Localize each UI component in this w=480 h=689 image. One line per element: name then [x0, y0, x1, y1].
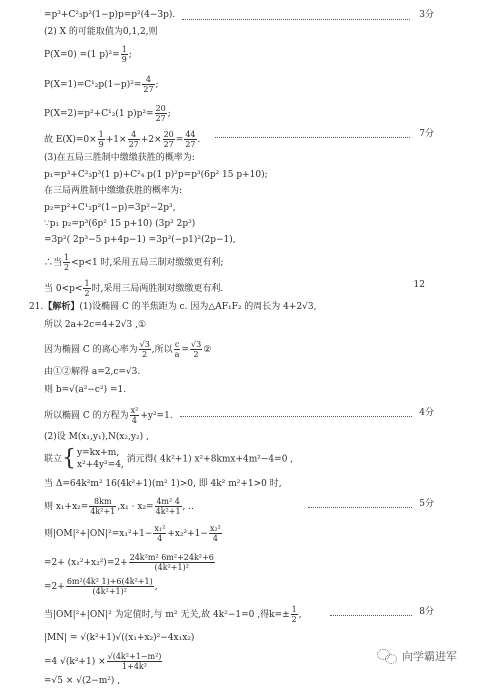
- question-3-intro: (3)在五局三胜制中缴缴获胜的概率为:: [44, 153, 195, 164]
- denominator: 27: [155, 114, 167, 123]
- denominator: 4: [130, 416, 140, 425]
- formula-text: 当|OM|²+|ON|² 为定值时,与 m² 无关,故 4k²−1=0 ,得k=…: [44, 610, 290, 620]
- denominator: a: [174, 350, 181, 359]
- numerator: 1: [121, 45, 128, 55]
- fraction: x₁²4: [153, 524, 166, 543]
- q21-line-16: =4 √(k²+1) ×√(4k²+1−m²)1+4k²: [44, 652, 163, 671]
- formula-text: +x₂²+1−: [167, 529, 208, 539]
- formula-text: (1)设椭圆 C 的半焦距为 c. 因为△AF₁F₂ 的周长为 4+2√3,: [79, 302, 316, 312]
- numerator: 1: [83, 279, 90, 289]
- denominator: 9: [121, 55, 128, 64]
- probability-x2: P(X=2)=p²+C¹₂(1 p)p²=2027;: [44, 104, 171, 123]
- punctuation: ;: [129, 50, 132, 60]
- equation-system: y=kx+m,x²+4y²=4,: [77, 447, 124, 471]
- q21-line-4: 由①②解得 a=2,c=√3.: [44, 367, 140, 378]
- q21-line-15: |MN| = √(k²+1)√((x₁+x₂)²−4x₁x₂): [44, 633, 194, 644]
- punctuation: ,: [155, 582, 158, 592]
- conclusion-2: 当 0<p<12时,采用三局两胜制对缴缴更有利.: [44, 279, 223, 298]
- numerator: x₁²: [153, 524, 166, 534]
- p2-formula: p₂=p²+C¹₂p²(1−p)=3p²−2p³,: [44, 203, 175, 214]
- fraction: 12: [83, 279, 90, 298]
- dotted-leader: [215, 137, 410, 138]
- q21-line-8: 联立{y=kx+m,x²+4y²=4, 消元得( 4k²+1) x²+8kmx+…: [44, 447, 293, 471]
- q21-line-11: 则|OM|²+|ON|²=x₁²+1−x₁²4+x₂²+1−x₂²4: [44, 524, 223, 543]
- numerator: √3: [139, 340, 151, 350]
- denominator: 4k²+1: [155, 507, 182, 516]
- dotted-leader: [180, 416, 412, 417]
- numerator: 44: [184, 130, 196, 140]
- brace-symbol: {: [62, 448, 76, 470]
- denominator: 27: [128, 140, 140, 149]
- fraction: 2027: [155, 104, 167, 123]
- numerator: 4: [128, 130, 140, 140]
- denominator: 4: [153, 534, 166, 543]
- punctuation: ;: [168, 109, 171, 119]
- denominator: 9: [98, 140, 105, 149]
- formula-text: +1×: [106, 135, 127, 145]
- q21-line-2: 所以 2a+2c=4+2√3 ,①: [44, 320, 146, 331]
- formula-text: P(X=0) =(1 p)²=: [44, 50, 120, 60]
- fraction: √(4k²+1−m²)1+4k²: [107, 652, 163, 671]
- formula-text: +2×: [141, 135, 162, 145]
- difference-formula-2: =3p²( 2p³−5 p+4p−1) =3p²(−p1)²(2p−1),: [44, 235, 236, 246]
- formula-text: 联立: [44, 455, 62, 465]
- fraction: 4427: [184, 130, 196, 149]
- p1-formula: p₁=p³+C²₃p³(1 p)+C²₄ p(1 p)²p=p³(6p² 15 …: [44, 170, 268, 181]
- formula-text: P(X=2)=p²+C¹₂(1 p)p²=: [44, 109, 154, 119]
- analysis-tag: 【解析】: [43, 302, 79, 312]
- q21-line-9: 当 Δ=64k²m² 16(4k²+1)(m² 1)>0, 即 4k² m²+1…: [44, 479, 282, 490]
- punctuation: ,: [299, 610, 302, 620]
- fraction: 6m²(4k² 1)+6(4k²+1)(4k²+1)²: [66, 577, 154, 596]
- formula-text: 因为椭圆 C 的离心率为: [44, 345, 138, 355]
- q21-line-7: (2)设 M(x₁,y₁),N(x₂,y₂) ,: [44, 432, 149, 443]
- fraction: 427: [142, 75, 154, 94]
- formula-text: 故 E(X)=0×: [44, 135, 97, 145]
- formula-text: ∴当: [44, 258, 62, 268]
- question-2-intro: (2) X 的可能取值为0,1,2,则: [44, 27, 158, 38]
- numerator: 24k²m² 6m²+24k²+6: [129, 553, 215, 563]
- fraction: 12: [63, 253, 70, 272]
- formula-text: =4 √(k²+1) ×: [44, 657, 106, 667]
- fraction: √32: [139, 340, 151, 359]
- formula-text: ②: [203, 345, 211, 355]
- dotted-leader: [182, 19, 410, 20]
- numerator: 4m² 4: [155, 497, 182, 507]
- q21-line-13: =2+6m²(4k² 1)+6(4k²+1)(4k²+1)²,: [44, 577, 158, 596]
- denominator: 2: [291, 615, 298, 624]
- q21-line-6: 所以椭圆 C 的方程为x²4+y²=1.: [44, 406, 173, 425]
- numerator: 6m²(4k² 1)+6(4k²+1): [66, 577, 154, 587]
- punctuation: .: [198, 135, 201, 145]
- numerator: 1: [63, 253, 70, 263]
- numerator: √3: [190, 340, 202, 350]
- q21-line-5: 则 b=√(a²−c²) =1.: [44, 385, 126, 396]
- formula-text: +y²=1.: [140, 411, 172, 421]
- equation: x²+4y²=4,: [77, 459, 124, 471]
- fraction: 19: [98, 130, 105, 149]
- formula-text: 所以椭圆 C 的方程为: [44, 411, 129, 421]
- denominator: (4k²+1)²: [129, 563, 215, 572]
- score-label: 3分: [419, 10, 434, 21]
- denominator: 1+4k²: [107, 662, 163, 671]
- fraction: 12: [291, 605, 298, 624]
- formula-text: , ..: [183, 502, 194, 512]
- denominator: (4k²+1)²: [66, 587, 154, 596]
- fraction: 427: [128, 130, 140, 149]
- score-label: 4分: [419, 408, 434, 419]
- fraction: 2027: [163, 130, 175, 149]
- denominator: 2: [83, 289, 90, 298]
- fraction: 8km4k²+1: [89, 497, 116, 516]
- question-number: 21.: [29, 302, 43, 312]
- question-3-intro-2: 在三局两胜制中缴缴获胜的概率为:: [44, 186, 182, 197]
- numerator: c: [174, 340, 181, 350]
- q21-line-17: =√5 × √(2−m²) ,: [44, 676, 120, 687]
- numerator: 4: [142, 75, 154, 85]
- fraction: 19: [121, 45, 128, 64]
- numerator: 20: [163, 130, 175, 140]
- formula-line: =p³+C²₃p²(1−p)p=p²(4−3p).: [44, 10, 175, 21]
- numerator: 1: [98, 130, 105, 140]
- denominator: 27: [163, 140, 175, 149]
- watermark-text: 向学霸进军: [402, 648, 457, 664]
- formula-text: =p³+C²₃p²(1−p)p=p²(4−3p).: [44, 10, 175, 20]
- formula-text: =: [181, 345, 189, 355]
- formula-text: 则 x₁+x₂=: [44, 502, 88, 512]
- q21-line-3: 因为椭圆 C 的离心率为√32,所以ca=√32②: [44, 340, 211, 359]
- denominator: 27: [184, 140, 196, 149]
- q21-line-12: =2+ (x₁²+x₂²)=2+24k²m² 6m²+24k²+6(4k²+1)…: [44, 553, 216, 572]
- punctuation: ;: [156, 80, 159, 90]
- numerator: 8km: [89, 497, 116, 507]
- watermark: 向学霸进军: [377, 648, 457, 664]
- formula-text: 时,采用三局两胜制对缴缴更有利.: [92, 284, 224, 294]
- wechat-icon: [377, 649, 397, 663]
- denominator: 27: [142, 85, 154, 94]
- question-21-header: 21.【解析】(1)设椭圆 C 的半焦距为 c. 因为△AF₁F₂ 的周长为 4…: [29, 302, 317, 313]
- formula-text: ,x₁ · x₂=: [117, 502, 153, 512]
- formula-text: 当 0<p<: [44, 284, 82, 294]
- fraction: √32: [190, 340, 202, 359]
- dotted-leader: [330, 615, 412, 616]
- numerator: 1: [291, 605, 298, 615]
- numerator: x₂²: [209, 524, 222, 534]
- denominator: 2: [190, 350, 202, 359]
- formula-text: =2+: [44, 582, 65, 592]
- numerator: 20: [155, 104, 167, 114]
- score-label: 7分: [419, 129, 434, 140]
- score-label: 12: [414, 280, 425, 291]
- denominator: 4k²+1: [89, 507, 116, 516]
- numerator: x²: [130, 406, 140, 416]
- q21-line-14: 当|OM|²+|ON|² 为定值时,与 m² 无关,故 4k²−1=0 ,得k=…: [44, 605, 302, 624]
- document-page: =p³+C²₃p²(1−p)p=p²(4−3p). 3分 (2) X 的可能取值…: [0, 0, 480, 689]
- denominator: 2: [63, 263, 70, 272]
- formula-text: <p<1 时,采用五局三制对缴缴更有利;: [71, 258, 223, 268]
- score-label: 8分: [419, 607, 434, 618]
- formula-text: P(X=1)=C¹₂p(1−p)²=: [44, 80, 141, 90]
- fraction: x₂²4: [209, 524, 222, 543]
- fraction: ca: [174, 340, 181, 359]
- formula-text: =: [176, 135, 184, 145]
- denominator: 2: [139, 350, 151, 359]
- numerator: √(4k²+1−m²): [107, 652, 163, 662]
- fraction: 4m² 44k²+1: [155, 497, 182, 516]
- score-label: 5分: [419, 499, 434, 510]
- fraction: 24k²m² 6m²+24k²+6(4k²+1)²: [129, 553, 215, 572]
- formula-text: =2+ (x₁²+x₂²)=2+: [44, 558, 128, 568]
- fraction: x²4: [130, 406, 140, 425]
- probability-x0: P(X=0) =(1 p)²=19;: [44, 45, 132, 64]
- q21-line-10: 则 x₁+x₂=8km4k²+1,x₁ · x₂=4m² 44k²+1, ..: [44, 497, 194, 516]
- conclusion-1: ∴当12<p<1 时,采用五局三制对缴缴更有利;: [44, 253, 223, 272]
- probability-x1: P(X=1)=C¹₂p(1−p)²=427;: [44, 75, 159, 94]
- dotted-leader: [308, 507, 412, 508]
- formula-text: 则|OM|²+|ON|²=x₁²+1−: [44, 529, 152, 539]
- formula-text: ,所以: [152, 345, 173, 355]
- difference-formula: ∵p₁ p₂=p³(6p² 15 p+10) (3p² 2p³): [44, 219, 195, 230]
- formula-text: 消元得( 4k²+1) x²+8kmx+4m²−4=0 ,: [127, 455, 293, 465]
- equation: y=kx+m,: [77, 447, 124, 459]
- expectation-line: 故 E(X)=0×19+1×427+2×2027=4427.: [44, 130, 200, 149]
- denominator: 4: [209, 534, 222, 543]
